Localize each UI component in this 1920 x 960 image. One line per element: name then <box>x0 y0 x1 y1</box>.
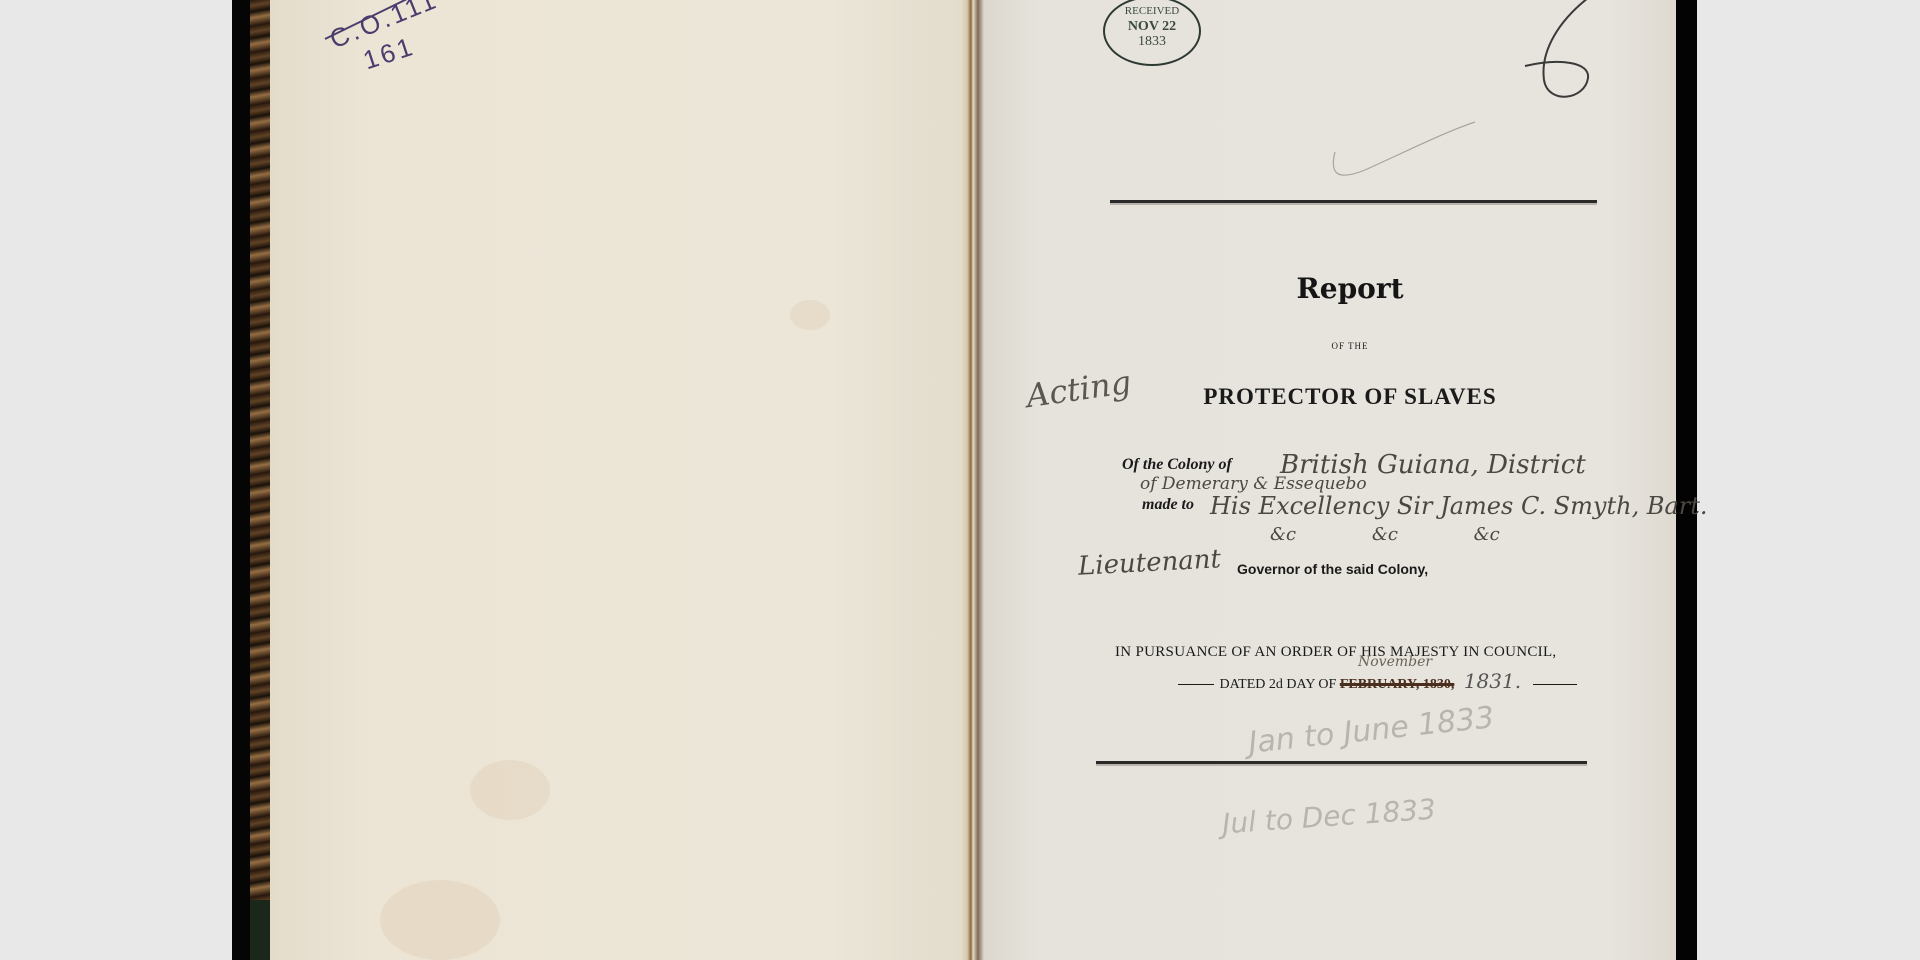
made-to-label: made to <box>1142 496 1194 514</box>
struck-date: FEBRUARY, 1830, <box>1340 677 1455 692</box>
folio-number-six-icon <box>1500 0 1590 110</box>
handwritten-district: of Demerary & Essequebo <box>1140 474 1367 494</box>
dated-label: DATED 2d DAY OF <box>1220 677 1337 692</box>
dash-left <box>1178 684 1214 685</box>
handwritten-etc: &c &c &c <box>1270 524 1500 545</box>
title-report: Report <box>1100 272 1600 305</box>
of-the-label: OF THE <box>1100 341 1600 351</box>
top-rule <box>1110 200 1597 203</box>
bottom-rule <box>1096 761 1587 764</box>
governor-label: Governor of the said Colony, <box>1237 561 1428 577</box>
stamp-line-3: 1833 <box>1105 34 1199 49</box>
document-viewer: C.O.111 161 RECEIVED NOV 22 1833 Report … <box>0 0 1920 960</box>
subtitle-protector-of-slaves: PROTECTOR OF SLAVES <box>1100 384 1600 410</box>
handwritten-excellency: His Excellency Sir James C. Smyth, Bart. <box>1210 492 1708 520</box>
page-gutter <box>960 0 984 960</box>
left-page <box>270 0 965 960</box>
colony-label: Of the Colony of <box>1122 456 1232 474</box>
shelfmark-annotation: C.O.111 161 <box>325 4 445 74</box>
dash-right <box>1533 684 1577 685</box>
book-right-edge <box>1676 0 1697 960</box>
stamp-line-1: RECEIVED <box>1105 4 1199 19</box>
stamp-line-2: NOV 22 <box>1105 19 1199 34</box>
pencil-flourish-icon <box>1325 112 1485 182</box>
handwritten-month: November <box>1358 654 1432 670</box>
dated-line: DATED 2d DAY OF FEBRUARY, 1830, 1831. <box>1178 669 1577 693</box>
pursuance-line: IN PURSUANCE OF AN ORDER OF HIS MAJESTY … <box>1115 644 1556 661</box>
handwritten-year: 1831. <box>1464 669 1521 693</box>
